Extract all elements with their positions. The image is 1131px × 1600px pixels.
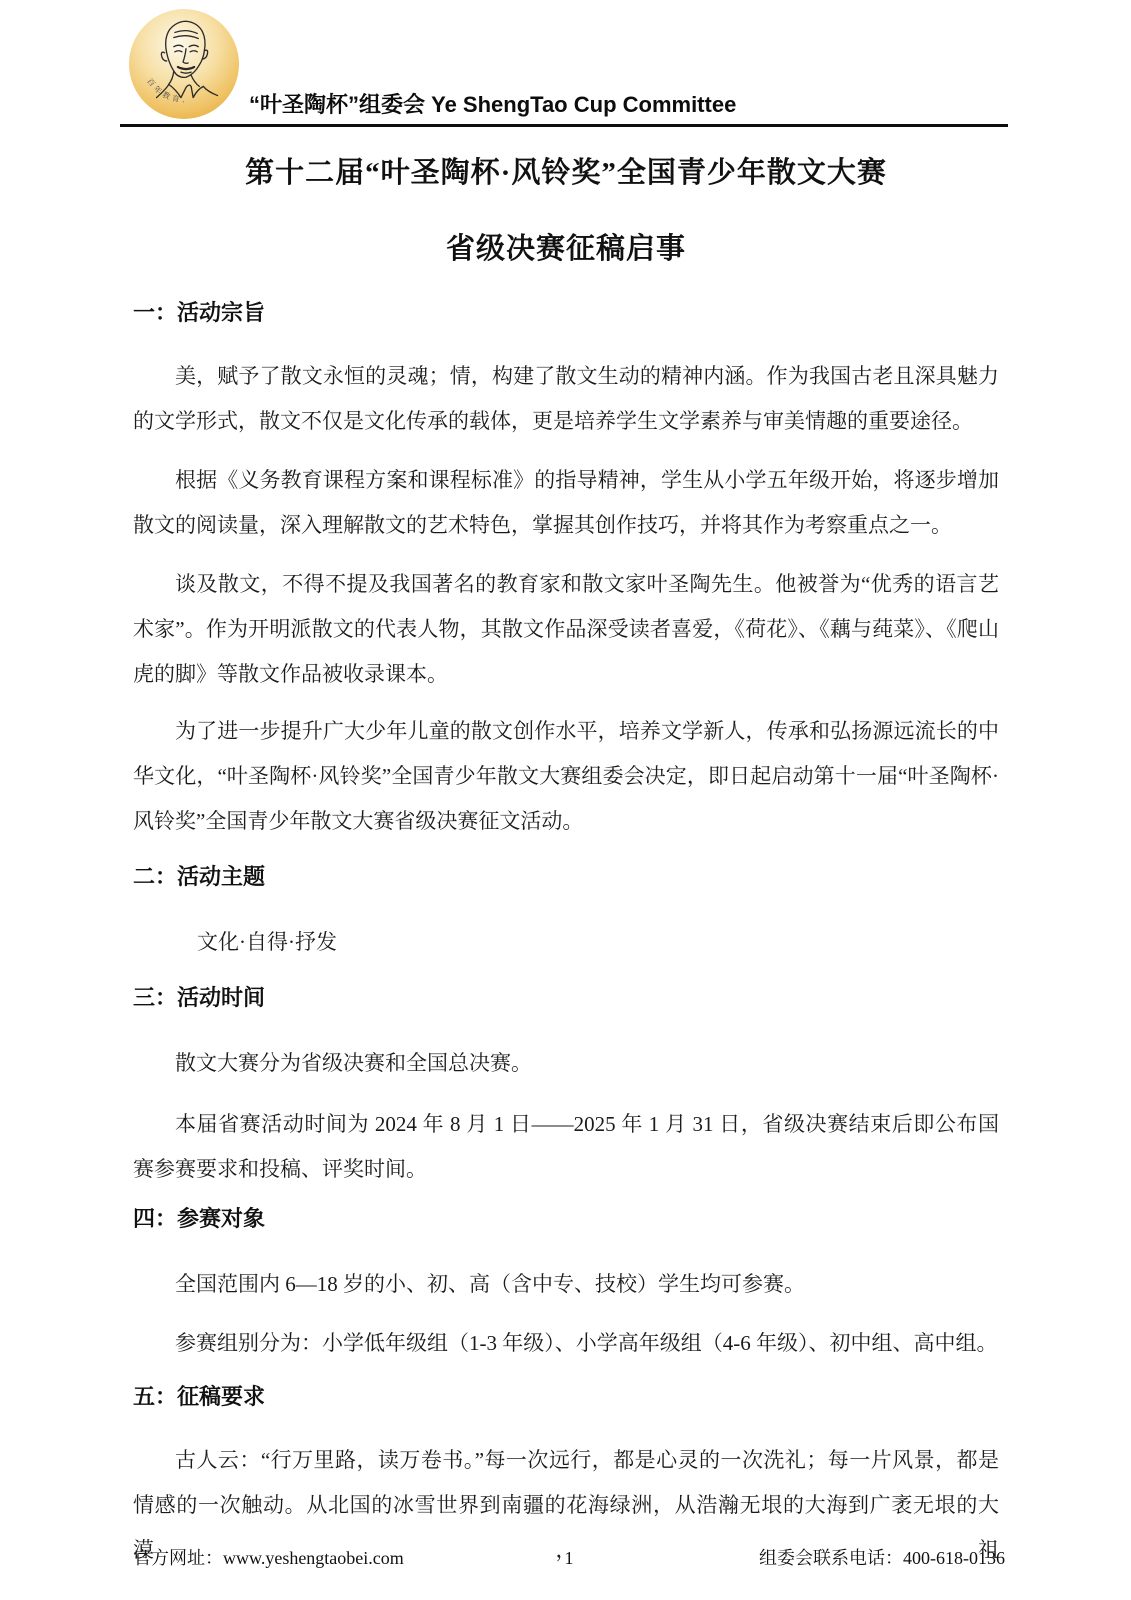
committee-name: “叶圣陶杯”组委会 Ye ShengTao Cup Committee <box>249 92 736 118</box>
section-heading-3: 三：活动时间 <box>133 983 999 1013</box>
paragraph-s1-p3: 谈及散文，不得不提及我国著名的教育家和散文家叶圣陶先生。他被誉为“优秀的语言艺术… <box>133 562 999 697</box>
paragraph-s1-p2: 根据《义务教育课程方案和课程标准》的指导精神，学生从小学五年级开始，将逐步增加散… <box>133 458 999 548</box>
paragraph-s1-p1: 美，赋予了散文永恒的灵魂；情，构建了散文生动的精神内涵。作为我国古老且深具魅力的… <box>133 354 999 444</box>
paragraph-s4-p1: 全国范围内 6—18 岁的小、初、高（含中专、技校）学生均可参赛。 <box>133 1262 999 1307</box>
document-page: 百年教育． “叶圣陶杯”组委会 Ye ShengTao Cup Committe… <box>0 0 1131 1600</box>
paragraph-s4-p2: 参赛组别分为：小学低年级组（1-3 年级）、小学高年级组（4-6 年级）、初中组… <box>133 1321 999 1366</box>
paragraph-s3-p2: 本届省赛活动时间为 2024 年 8 月 1 日——2025 年 1 月 31 … <box>133 1102 999 1192</box>
header-divider <box>120 124 1008 127</box>
footer-website: 官方网址：www.yeshengtaobei.com <box>133 1545 404 1571</box>
document-title-line1: 第十二届“叶圣陶杯·风铃奖”全国青少年散文大赛 <box>133 152 999 194</box>
page-footer: 1 官方网址：www.yeshengtaobei.com 组委会联系电话：400… <box>133 1545 1005 1571</box>
committee-logo-icon: 百年教育． <box>128 8 240 120</box>
document-title-line2: 省级决赛征稿启事 <box>133 228 999 270</box>
theme-text: 文化·自得·抒发 <box>133 920 999 965</box>
section-heading-5: 五：征稿要求 <box>133 1382 999 1412</box>
paragraph-s3-p1: 散文大赛分为省级决赛和全国总决赛。 <box>133 1041 999 1086</box>
section-heading-1: 一：活动宗旨 <box>133 298 999 328</box>
document-body: 第十二届“叶圣陶杯·风铃奖”全国青少年散文大赛 省级决赛征稿启事 一：活动宗旨 … <box>133 140 999 1573</box>
section-heading-4: 四：参赛对象 <box>133 1204 999 1234</box>
paragraph-s1-p4: 为了进一步提升广大少年儿童的散文创作水平，培养文学新人，传承和弘扬源远流长的中华… <box>133 709 999 844</box>
footer-phone: 组委会联系电话：400-618-0136 <box>759 1545 1005 1571</box>
section-heading-2: 二：活动主题 <box>133 862 999 892</box>
